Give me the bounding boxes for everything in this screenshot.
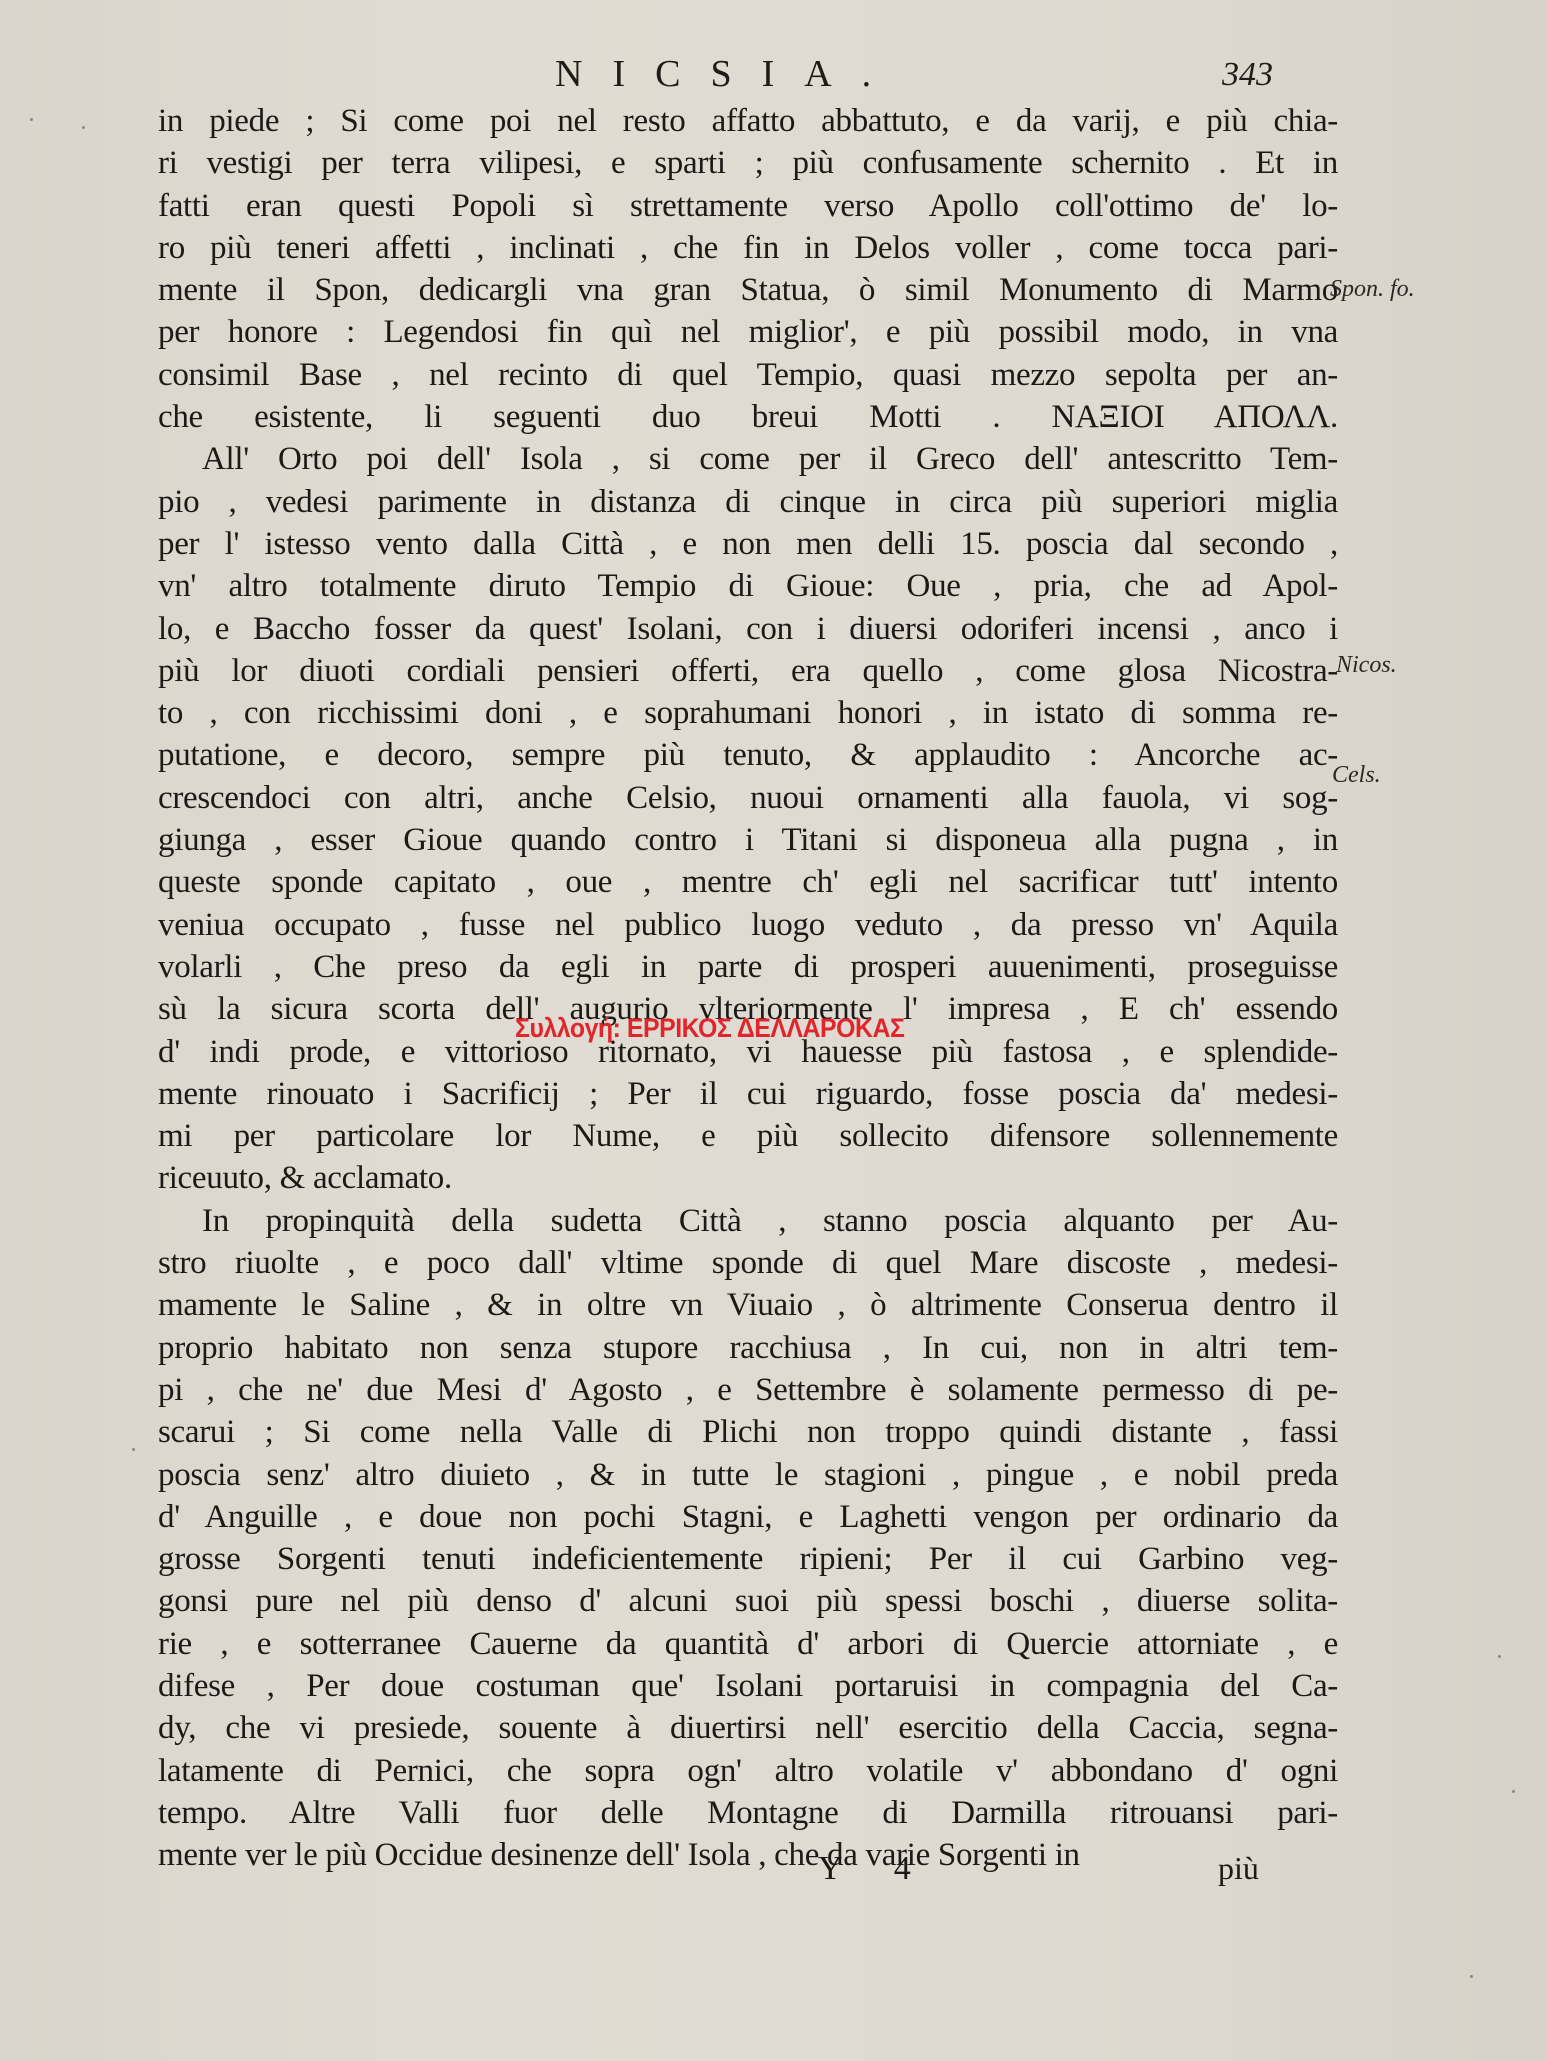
text-line: più lor diuoti cordiali pensieri offerti… xyxy=(158,650,1338,692)
margin-note: Spon. fo. xyxy=(1330,276,1415,303)
text-line: to , con ricchissimi doni , e soprahuman… xyxy=(158,692,1338,734)
text-line: mente il Spon, dedicargli vna gran Statu… xyxy=(158,269,1338,311)
text-line: mi per particolare lor Nume, e più solle… xyxy=(158,1115,1338,1157)
text-line: tempo. Altre Valli fuor delle Montagne d… xyxy=(158,1792,1338,1834)
text-line: pio , vedesi parimente in distanza di ci… xyxy=(158,481,1338,523)
text-line: ro più teneri affetti , inclinati , che … xyxy=(158,227,1338,269)
collection-watermark: Συλλογή: ΕΡΡΙΚΟΣ ΔΕΛΛΑΡΟΚΑΣ xyxy=(515,1013,904,1044)
body-text: in piede ; Si come poi nel resto affatto… xyxy=(158,100,1338,1876)
ink-speck xyxy=(132,1448,135,1451)
page-number: 343 xyxy=(1222,56,1273,94)
text-line: ri vestigi per terra vilipesi, e sparti … xyxy=(158,142,1338,184)
text-line: veniua occupato , fusse nel publico luog… xyxy=(158,904,1338,946)
text-line: gonsi pure nel più denso d' alcuni suoi … xyxy=(158,1580,1338,1622)
text-line: per l' istesso vento dalla Città , e non… xyxy=(158,523,1338,565)
text-line: giunga , esser Gioue quando contro i Tit… xyxy=(158,819,1338,861)
text-line: d' Anguille , e doue non pochi Stagni, e… xyxy=(158,1496,1338,1538)
text-line: difese , Per doue costuman que' Isolani … xyxy=(158,1665,1338,1707)
text-line: vn' altro totalmente diruto Tempio di Gi… xyxy=(158,565,1338,607)
text-line: fatti eran questi Popoli sì strettamente… xyxy=(158,185,1338,227)
text-line: in piede ; Si come poi nel resto affatto… xyxy=(158,100,1338,142)
margin-note: Cels. xyxy=(1332,762,1381,789)
text-line: pi , che ne' due Mesi d' Agosto , e Sett… xyxy=(158,1369,1338,1411)
text-line: volarli , Che preso da egli in parte di … xyxy=(158,946,1338,988)
text-line: proprio habitato non senza stupore racch… xyxy=(158,1327,1338,1369)
text-line: rie , e sotterranee Cauerne da quantità … xyxy=(158,1623,1338,1665)
text-line: per honore : Legendosi fin quì nel migli… xyxy=(158,311,1338,353)
text-line: In propinquità della sudetta Città , sta… xyxy=(158,1200,1338,1242)
text-line: consimil Base , nel recinto di quel Temp… xyxy=(158,354,1338,396)
text-line: stro riuolte , e poco dall' vltime spond… xyxy=(158,1242,1338,1284)
margin-note: Nicos. xyxy=(1336,652,1397,679)
signature-mark: Y 4 xyxy=(818,1850,933,1888)
book-page: NICSIA. 343 in piede ; Si come poi nel r… xyxy=(0,0,1547,2061)
text-line: lo, e Baccho fosser da quest' Isolani, c… xyxy=(158,608,1338,650)
ink-speck xyxy=(82,126,85,129)
text-line: queste sponde capitato , oue , mentre ch… xyxy=(158,861,1338,903)
ink-speck xyxy=(1512,1790,1515,1793)
text-line: mente rinouato i Sacrificij ; Per il cui… xyxy=(158,1073,1338,1115)
text-line: che esistente, li seguenti duo breui Mot… xyxy=(158,396,1338,438)
text-line: mamente le Saline , & in oltre vn Viuaio… xyxy=(158,1284,1338,1326)
text-line: latamente di Pernici, che sopra ogn' alt… xyxy=(158,1750,1338,1792)
ink-speck xyxy=(1498,1655,1501,1658)
text-line: All' Orto poi dell' Isola , si come per … xyxy=(158,438,1338,480)
running-head: NICSIA. xyxy=(555,52,901,96)
text-line: poscia senz' altro diuieto , & in tutte … xyxy=(158,1454,1338,1496)
text-line: putatione, e decoro, sempre più tenuto, … xyxy=(158,734,1338,776)
text-line: crescendoci con altri, anche Celsio, nuo… xyxy=(158,777,1338,819)
text-line: grosse Sorgenti tenuti indeficientemente… xyxy=(158,1538,1338,1580)
text-line: mente ver le più Occidue desinenze dell'… xyxy=(158,1834,1338,1876)
catchword: più xyxy=(1218,1850,1259,1887)
text-line: scarui ; Si come nella Valle di Plichi n… xyxy=(158,1411,1338,1453)
text-line: riceuuto, & acclamato. xyxy=(158,1157,1338,1199)
ink-speck xyxy=(30,118,33,121)
ink-speck xyxy=(1470,1975,1473,1978)
text-line: dy, che vi presiede, souente à diuertirs… xyxy=(158,1707,1338,1749)
